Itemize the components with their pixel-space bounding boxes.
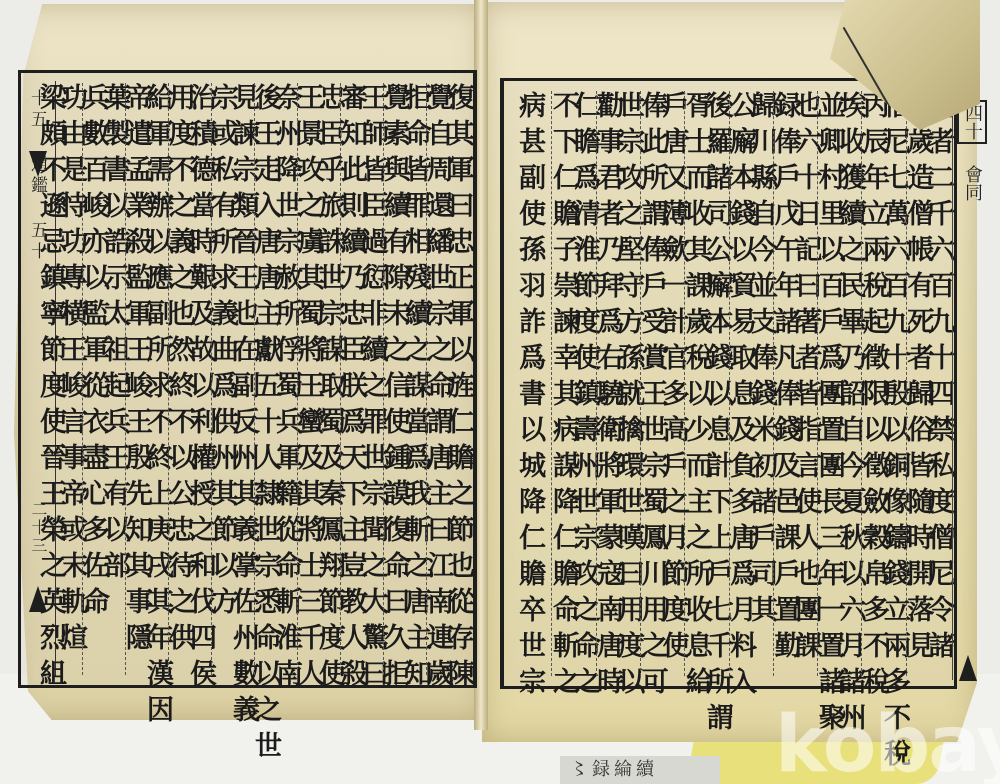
text-column: 也六十日記曰著者皆指言使人也團課 録俸戶戊午年諸凡俸錢及邑課戶置勤 xyxy=(773,91,817,676)
text-column: 葉製書以誥示太祖起兵王有以部 兵數百峻亦以監軍從衣盡心多佐命 xyxy=(82,83,125,675)
text-line: 病甚副使孫羽詐爲書以城降仁贍卒世宗 xyxy=(519,91,540,676)
text-column: 僧尼七萬六百九十殷以銅像鑄錢立兩多不稅 丙辰年立兩稅起徵限以徵斂穀帛多不稅 xyxy=(861,91,905,676)
watermark: kobay xyxy=(775,700,1000,784)
text-column: 給軍需辦以應副所求不終上庚戌其年漢因 帝遣孟業殺監軍王峻王殷先知其事隱 xyxy=(125,83,168,675)
right-columns: 僧者二千六百九十四禁私度僧尼令諸 每歲造僧帳有死者歸俗皆隨時開落見 僧尼七萬六百… xyxy=(508,91,950,676)
text-column: 見諫宗類晉王也在副反州其義掌佐州數義 宗或私有所求義曲爲供州其節以方 xyxy=(211,83,254,675)
book-photo: 〻録綸續 十五 通鑑 五十 二十三 復其軍曰忠正軍以旌仁贍之節也從存陳 覺自周還… xyxy=(0,0,1000,784)
text-column: 埃收獲續之民畢乃詔自今夏秋以六月諸州 並卿村里以百戶爲團置團長三年一置諸聚 xyxy=(817,91,861,676)
text-column: 拒命皆罪相殘續之謀當爲我斬之唐主知 覺素與續有隙未之信使鍾謨復命曰久拒 xyxy=(383,83,426,675)
text-column: 奈州降世宗赦所俘蜀兵軍籍從命斬淮南 後王走入唐唐主獻五十人隸世宗悉命以之世 xyxy=(254,83,297,675)
text-column: 治積德當時艱及故以利權授之和伐四侯 用度不之義之也然終不以公忠待之供 xyxy=(168,83,211,675)
fish-tail-mark-icon xyxy=(959,655,977,681)
text-line: 僧者二千六百九十四禁私度僧尼令諸 xyxy=(928,91,949,676)
right-margin-label: 四十 會同 xyxy=(957,100,987,201)
text-column: 後羅諸司公廨本錢以息計下上戶七千所謂 胥士而收其課歲稅以少而主之所收息給 xyxy=(684,91,728,676)
paper-tag: 〻録綸續 xyxy=(560,756,720,784)
left-columns: 復其軍曰忠正軍以旌仁贍之節也從存陳 覺自周還繙世宗之命謂唐主曰江南連歲 拒命皆罪… xyxy=(57,83,469,675)
text-column: 功由是恃功專横王峻言事帝或末軌煊 梁頗不遜忌鎮寧節度使晉王榮之英烈組 xyxy=(40,83,82,675)
text-column: 復其軍曰忠正軍以旌仁贍之節也從存陳 覺自周還繙世宗之命謂唐主曰江南連歲 xyxy=(426,83,469,675)
text-column: 王師皆臣過愆非續之罪世宗聞之大驚曰 審知此則續乃忠臣朕爲天下主豈教人殺 xyxy=(340,83,383,675)
text-column: 戶唐又薄歛一計官多高戶之月節度使 俸此所謂俸戶受賞王世宗蜀鳳川用之可 xyxy=(640,91,684,676)
text-line: 復其軍曰忠正軍以旌仁贍之節也從存陳 xyxy=(448,83,469,675)
right-text-frame: 僧者二千六百九十四禁私度僧尼令諸 每歲造僧帳有死者歸俗皆隨時開落見 僧尼七萬六百… xyxy=(500,78,957,689)
text-column: 世宗攻之堅守方孫就擒環世嘆曰用度以 勸事君者乃拜爲右驍衛將軍蒙寇南唐時 xyxy=(596,91,640,676)
text-column: 僧者二千六百九十四禁私度僧尼令諸 每歲造僧帳有死者歸俗皆隨時開落見 xyxy=(906,91,950,676)
text-column: 仁瞻爲清淮節度使鎮壽州世宗攻之命之 不下仁贍子崇諫幸其病謀降仁贍命斬之 xyxy=(551,91,595,676)
right-margin-strip: 四十 會同 xyxy=(952,80,983,680)
edge-label-text: 會同 xyxy=(962,165,983,201)
text-column: 忠臣乎旅誅世宗謀取蜀及秦鳳翔節度使 王景攻之虜其蜀將王蠻及其將士三千人 xyxy=(297,83,340,675)
text-column: 病甚副使孫羽詐爲書以城降仁贍卒世宗 xyxy=(508,91,551,676)
left-text-frame: 十五 通鑑 五十 二十三 復其軍曰忠正軍以旌仁贍之節也從存陳 覺自周還繙世宗之命… xyxy=(18,70,477,688)
text-column: 歸川縣自今並支俸錢米初諸戶司其 公廨本錢以貿易取息及負多唐爲月料入 xyxy=(729,91,773,676)
